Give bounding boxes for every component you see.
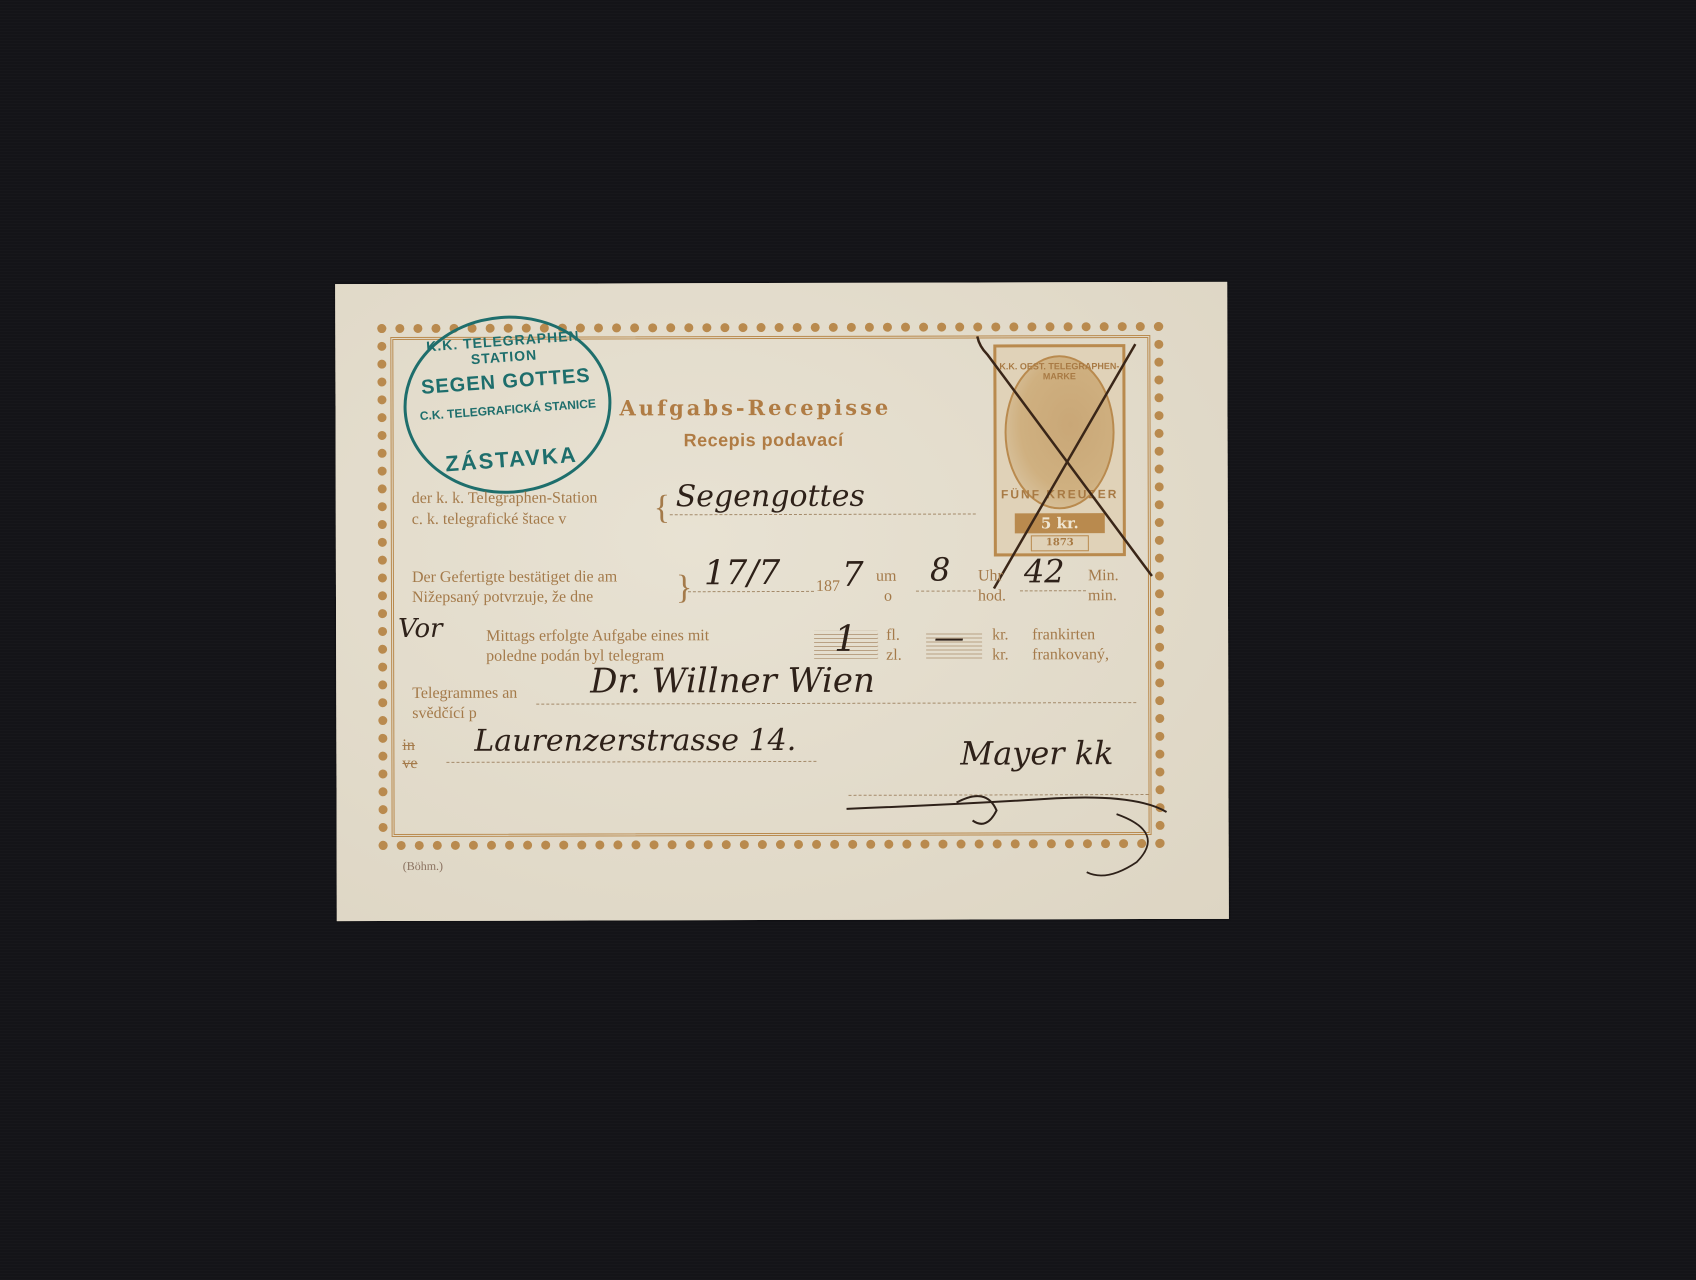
minute-field-line [1020, 590, 1086, 591]
mittags-label-de: Mittags erfolgte Aufgabe eines mit [486, 626, 709, 647]
kr-label: kr. [992, 625, 1009, 645]
brace: { [654, 491, 670, 525]
pen-cross-cancel-icon [965, 332, 1166, 593]
min-label-cz: min. [1088, 586, 1117, 606]
brace: } [676, 571, 692, 605]
address-handwritten: Laurenzerstrasse 14. [474, 723, 796, 759]
addressee-label-cz: svědčící p [412, 704, 476, 724]
um-label: um [876, 567, 897, 587]
hour-handwritten: 8 [930, 551, 950, 589]
station-label-cz: c. k. telegrafické štace v [412, 510, 567, 530]
year-digit-handwritten: 7 [842, 555, 864, 595]
kreuzer-handwritten: — [934, 621, 964, 656]
telegraph-receipt-card: K.K. TELEGRAPHEN STATION SEGEN GOTTES C.… [335, 282, 1229, 921]
kr-label-cz: kr. [992, 645, 1009, 665]
ve-label: ve [402, 754, 417, 774]
min-label-de: Min. [1088, 566, 1119, 586]
station-handwritten: Segengottes [676, 479, 865, 514]
document-title: Aufgabs-Recepisse [619, 395, 891, 421]
o-label: o [884, 587, 892, 607]
frankovany-label: frankovaný, [1032, 645, 1109, 665]
postmark-line2: C.K. TELEGRAFICKÁ STANICE [407, 395, 609, 424]
ante-post-handwritten: Vor [398, 614, 443, 644]
confirm-label-cz: Nižepsaný potvrzuje, že dne [412, 587, 593, 607]
addressee-label-de: Telegrammes an [412, 684, 517, 704]
imprint-bohm: (Böhm.) [403, 859, 443, 874]
addressee-handwritten: Dr. Willner Wien [590, 661, 875, 702]
station-label-de: der k. k. Telegraphen-Station [412, 488, 598, 508]
hod-label: hod. [978, 586, 1006, 606]
date-handwritten: 17/7 [704, 553, 780, 593]
frankirten-label: frankirten [1032, 625, 1095, 645]
signature-flourish-icon [836, 722, 1176, 883]
fl-label: fl. [886, 626, 900, 646]
minute-handwritten: 42 [1024, 552, 1065, 590]
zl-label: zl. [886, 646, 902, 666]
document-subtitle: Recepis podavací [684, 430, 844, 451]
year-prefix: 187 [816, 577, 840, 597]
uhr-label: Uhr [978, 566, 1003, 586]
florin-handwritten: 1 [834, 619, 857, 660]
hour-field-line [916, 590, 976, 591]
confirm-label-de: Der Gefertigte bestätiget die am [412, 567, 617, 588]
